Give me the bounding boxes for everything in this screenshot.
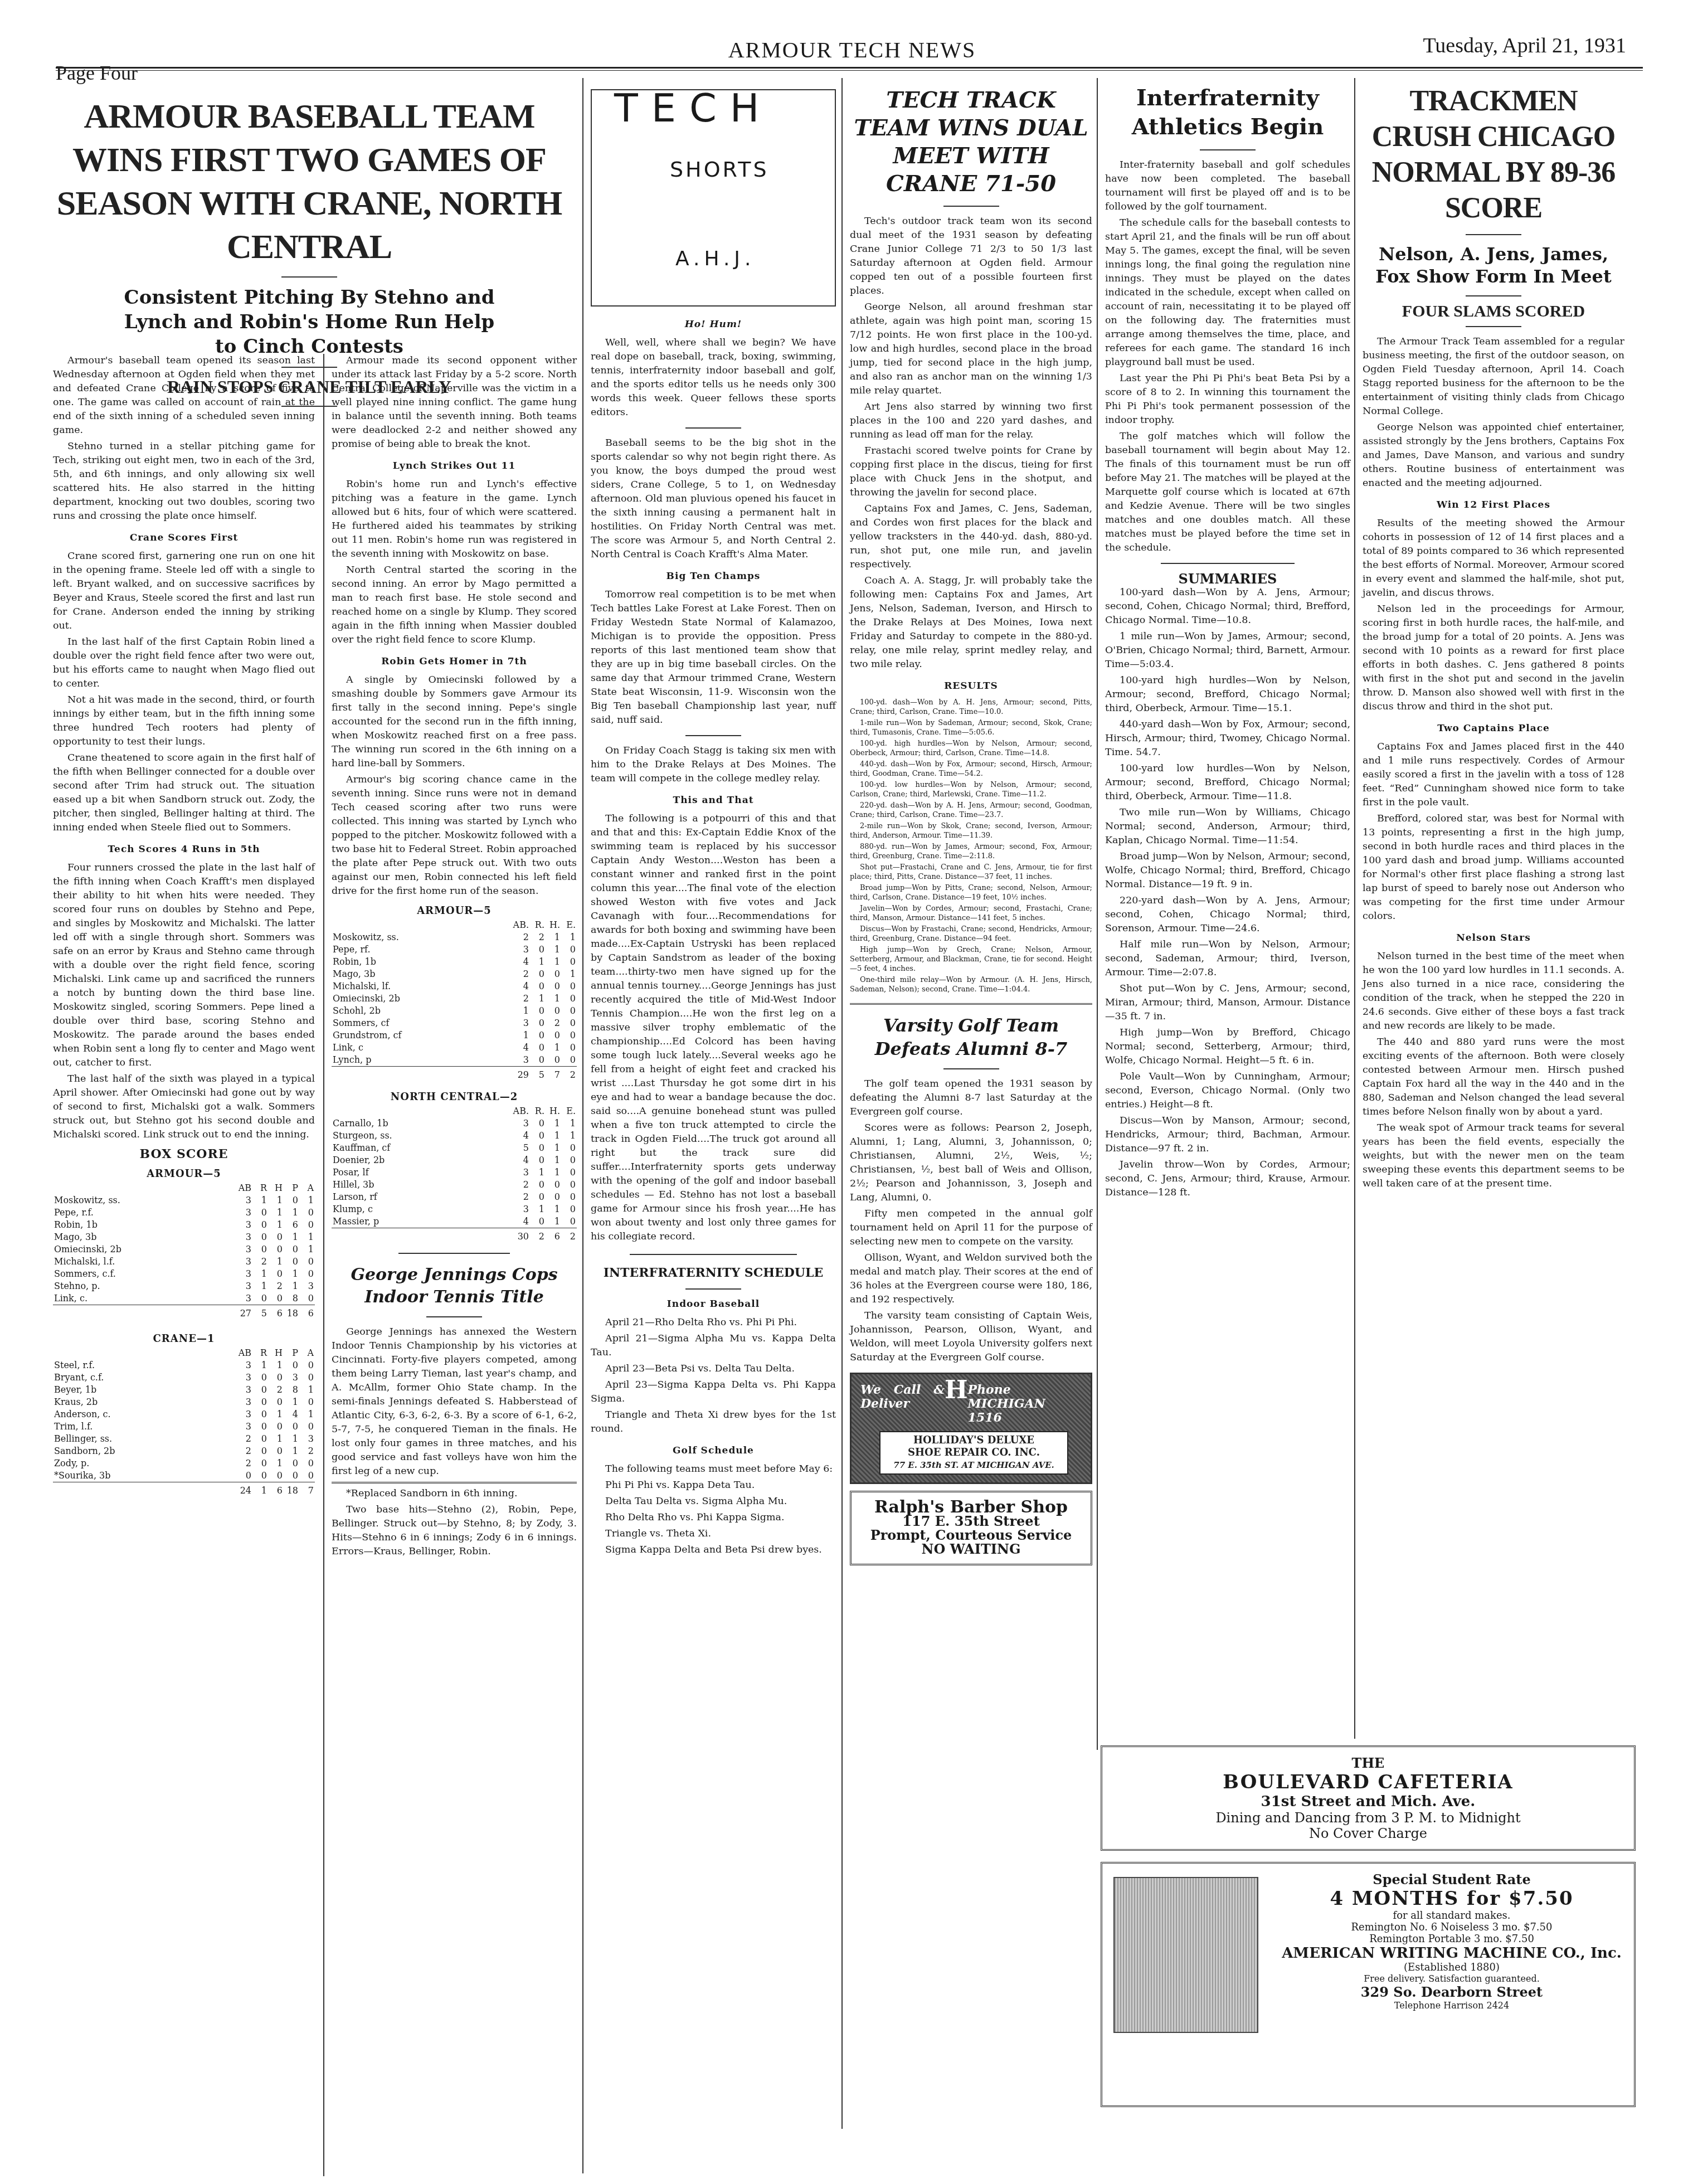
table-row: Zody, p.20100: [53, 1457, 315, 1470]
paragraph: In the last half of the first Captain Ro…: [53, 635, 315, 691]
player-name: Klump, c: [332, 1203, 512, 1215]
total: 2: [561, 1228, 577, 1243]
paragraph: The varsity team consisting of Captain W…: [850, 1309, 1092, 1365]
stat-value: 0: [268, 1268, 284, 1280]
box-score-title: BOX SCORE: [53, 1147, 315, 1161]
total: 7: [299, 1482, 315, 1497]
ad-line: Remington Portable 3 mo. $7.50: [1275, 1933, 1628, 1945]
stat-value: 3: [237, 1408, 252, 1421]
table-row: Anderson, c.30141: [53, 1408, 315, 1421]
stat-value: 0: [546, 1191, 561, 1203]
stat-value: 0: [561, 1215, 577, 1228]
ad-line: 77 E. 35th ST. AT MICHIGAN AVE.: [883, 1459, 1065, 1471]
stat-value: 0: [237, 1470, 252, 1482]
box-header-row: AB R H P A: [53, 1182, 315, 1194]
subhead-win-12: Win 12 First Places: [1363, 498, 1624, 512]
track-crane-column: TECH TRACK TEAM WINS DUAL MEET WITH CRAN…: [850, 86, 1092, 1565]
result-item: 2-mile run—Won by Skok, Crane; second, I…: [850, 821, 1092, 840]
box-note: *Replaced Sandborn in 6th inning.: [332, 1487, 577, 1501]
stat-value: 0: [268, 1231, 284, 1243]
player-name: Anderson, c.: [53, 1408, 237, 1421]
divider: [1466, 295, 1521, 296]
table-row: Moskowitz, ss.31101: [53, 1194, 315, 1207]
stat-value: 1: [299, 1231, 315, 1243]
tech-shorts-column: TECH SHORTS A.H.J. Ho! Hum! Well, well, …: [591, 84, 836, 1559]
table-row: Stehno, p.31213: [53, 1280, 315, 1292]
stat-value: 2: [512, 1179, 530, 1191]
stat-value: 4: [512, 1130, 530, 1142]
stat-value: 0: [284, 1457, 299, 1470]
total: 24: [237, 1482, 252, 1497]
stat-value: 0: [284, 1256, 299, 1268]
summaries-title: SUMMARIES: [1105, 572, 1350, 586]
paragraph: Crane theatened to score again in the fi…: [53, 751, 315, 835]
player-name: Steel, r.f.: [53, 1359, 237, 1371]
cartoon-title: TECH: [614, 101, 773, 115]
box-totals-row: 24 1 6 18 7: [53, 1482, 315, 1497]
stat-value: 1: [268, 1359, 284, 1371]
stat-value: 1: [530, 1166, 546, 1179]
total: 6: [268, 1482, 284, 1497]
cartoon-subtitle: SHORTS: [670, 163, 769, 177]
player-name: Massier, p: [332, 1215, 512, 1228]
stat-value: 0: [561, 1179, 577, 1191]
player-name: Moskowitz, ss.: [53, 1194, 237, 1207]
column-rule: [323, 354, 324, 2176]
stat-value: 3: [237, 1231, 252, 1243]
stat-value: 3: [237, 1280, 252, 1292]
player-name: Robin, 1b: [53, 1219, 237, 1231]
subhead-indoor-baseball: Indoor Baseball: [591, 1297, 836, 1311]
stat-value: 2: [252, 1256, 268, 1268]
paragraph: Inter-fraternity baseball and golf sched…: [1105, 158, 1350, 214]
schedule-title: INTERFRATERNITY SCHEDULE: [591, 1265, 836, 1281]
player-name: *Sourika, 3b: [53, 1470, 237, 1482]
ad-line: Dining and Dancing from 3 P. M. to Midni…: [1108, 1810, 1628, 1826]
stat-value: 3: [237, 1194, 252, 1207]
paragraph: Not a hit was made in the second, third,…: [53, 693, 315, 749]
subhead-lynch: Lynch Strikes Out 11: [332, 459, 577, 473]
stat-value: 0: [268, 1371, 284, 1384]
stat-value: 3: [237, 1243, 252, 1256]
table-row: Posar, lf3110: [332, 1166, 577, 1179]
box-score-armour-nc-game: AB. R. H. E. Moskowitz, ss.2211Pepe, rf.…: [332, 919, 577, 1081]
total: 5: [530, 1067, 546, 1082]
divider: [630, 1254, 797, 1255]
stat-value: 0: [561, 1017, 577, 1029]
paragraph: Fifty men competed in the annual golf to…: [850, 1207, 1092, 1249]
player-name: Bryant, c.f.: [53, 1371, 237, 1384]
stat-value: 5: [512, 1142, 530, 1154]
result-item: High jump—Won by Grech, Crane; Nelson, A…: [850, 945, 1092, 974]
schedule-item: The following teams must meet before May…: [591, 1462, 836, 1476]
stat-value: 1: [268, 1433, 284, 1445]
player-name: Sandborn, 2b: [53, 1445, 237, 1457]
result-item: High jump—Won by Brefford, Chicago Norma…: [1105, 1026, 1350, 1068]
interfrat-column: Interfraternity Athletics Begin Inter-fr…: [1105, 84, 1350, 1202]
table-row: Pepe, rf.3010: [332, 943, 577, 956]
stat-value: 3: [512, 1203, 530, 1215]
stat-value: 1: [284, 1433, 299, 1445]
stat-value: 1: [284, 1396, 299, 1408]
stat-value: 1: [546, 1142, 561, 1154]
stat-value: 0: [530, 1154, 546, 1166]
stat-value: 1: [299, 1408, 315, 1421]
paragraph: Scores were as follows: Pearson 2, Josep…: [850, 1121, 1092, 1205]
total: 18: [284, 1482, 299, 1497]
stat-value: 1: [546, 993, 561, 1005]
stat-value: 0: [268, 1292, 284, 1305]
baseball-headline: ARMOUR BASEBALL TEAM WINS FIRST TWO GAME…: [45, 95, 574, 269]
stat-value: 1: [268, 1457, 284, 1470]
col-header: R.: [530, 919, 546, 931]
result-item: 220-yard dash—Won by A. Jens, Armour; se…: [1105, 894, 1350, 936]
player-name: Lynch, p: [332, 1054, 512, 1067]
stat-value: 1: [530, 956, 546, 968]
ad-line: 329 So. Dearborn Street: [1275, 1984, 1628, 2000]
stat-value: 1: [561, 931, 577, 943]
stat-value: 1: [561, 968, 577, 980]
table-row: Larson, rf2000: [332, 1191, 577, 1203]
result-item: Half mile run—Won by Nelson, Armour; sec…: [1105, 938, 1350, 980]
ad-line: Ralph's Barber Shop: [857, 1500, 1085, 1514]
table-row: Link, c.30080: [53, 1292, 315, 1305]
table-row: Robin, 1b30160: [53, 1219, 315, 1231]
table-row: Doenier, 2b4010: [332, 1154, 577, 1166]
stat-value: 3: [284, 1371, 299, 1384]
player-name: Omiecinski, 2b: [53, 1243, 237, 1256]
box-note: Two base hits—Stehno (2), Robin, Pepe, B…: [332, 1503, 577, 1559]
stat-value: 1: [252, 1268, 268, 1280]
divider: [943, 1068, 999, 1069]
stat-value: 1: [546, 943, 561, 956]
result-item: Shot put—Won by C. Jens, Armour; second,…: [1105, 982, 1350, 1024]
col-header: P: [284, 1347, 299, 1359]
player-name: Trim, l.f.: [53, 1421, 237, 1433]
stat-value: 2: [512, 993, 530, 1005]
table-row: Omiecinski, 2b30001: [53, 1243, 315, 1256]
stat-value: 0: [561, 943, 577, 956]
ad-line: Remington No. 6 Noiseless 3 mo. $7.50: [1275, 1922, 1628, 1933]
divider: [398, 1253, 510, 1254]
total: 6: [546, 1228, 561, 1243]
result-item: Discus—Won by Manson, Armour; second, He…: [1105, 1114, 1350, 1156]
paragraph: The Armour Track Team assembled for a re…: [1363, 335, 1624, 419]
masthead: Page Four ARMOUR TECH NEWS Tuesday, Apri…: [56, 33, 1648, 89]
stat-value: 1: [299, 1384, 315, 1396]
ad-line: 31st Street and Mich. Ave.: [1108, 1793, 1628, 1810]
player-name: Omiecinski, 2b: [332, 993, 512, 1005]
result-item: 1 mile run—Won by James, Armour; second,…: [1105, 630, 1350, 672]
result-item: Pole Vault—Won by Cunningham, Armour; se…: [1105, 1070, 1350, 1112]
stat-value: 2: [237, 1445, 252, 1457]
stat-value: 1: [546, 956, 561, 968]
schedule-item: April 23—Sigma Kappa Delta vs. Phi Kappa…: [591, 1378, 836, 1406]
stat-value: 0: [252, 1445, 268, 1457]
ad-line: AMERICAN WRITING MACHINE CO., Inc.: [1275, 1945, 1628, 1962]
paragraph: The last half of the sixth was played in…: [53, 1072, 315, 1142]
paragraph: Results of the meeting showed the Armour…: [1363, 517, 1624, 600]
ad-line: HOLLIDAY'S DELUXE: [883, 1434, 1065, 1447]
stat-value: 1: [299, 1194, 315, 1207]
schedule-item: Delta Tau Delta vs. Sigma Alpha Mu.: [591, 1495, 836, 1509]
box-score-north-central: AB. R. H. E. Carnallo, 1b3011Sturgeon, s…: [332, 1105, 577, 1243]
stat-value: 3: [512, 1054, 530, 1067]
paragraph: Four runners crossed the plate in the la…: [53, 861, 315, 1070]
paragraph: Tomorrow real competition is to be met w…: [591, 588, 836, 727]
stat-value: 3: [237, 1396, 252, 1408]
typewriter-illustration-icon: [1113, 1877, 1258, 2033]
table-row: Mago, 3b30011: [53, 1231, 315, 1243]
stat-value: 1: [252, 1280, 268, 1292]
column-rule: [582, 78, 583, 2173]
stat-value: 0: [252, 1421, 268, 1433]
stat-value: 0: [299, 1470, 315, 1482]
stat-value: 0: [284, 1194, 299, 1207]
table-row: Michalski, lf.4000: [332, 980, 577, 993]
stat-value: 0: [546, 1179, 561, 1191]
stat-value: 0: [252, 1243, 268, 1256]
table-row: Michalski, l.f.32100: [53, 1256, 315, 1268]
player-name: Mago, 3b: [332, 968, 512, 980]
table-row: Sommers, c.f.31010: [53, 1268, 315, 1280]
col-header: A: [299, 1347, 315, 1359]
stat-value: 0: [530, 1005, 546, 1017]
player-name: Kraus, 2b: [53, 1396, 237, 1408]
stat-value: 0: [561, 1191, 577, 1203]
stat-value: 6: [284, 1219, 299, 1231]
player-name: Moskowitz, ss.: [332, 931, 512, 943]
stat-value: 0: [252, 1207, 268, 1219]
divider: [685, 427, 741, 429]
stat-value: 0: [530, 1029, 546, 1042]
schedule-item: Triangle and Theta Xi drew byes for the …: [591, 1408, 836, 1436]
paragraph: The following is a potpourri of this and…: [591, 812, 836, 1244]
stat-value: 0: [299, 1207, 315, 1219]
total: 2: [530, 1228, 546, 1243]
paragraph: Nelson led in the proceedings for Armour…: [1363, 602, 1624, 714]
stat-value: 0: [299, 1359, 315, 1371]
stat-value: 0: [252, 1396, 268, 1408]
stat-value: 0: [530, 980, 546, 993]
paragraph: Crane scored first, garnering one run on…: [53, 549, 315, 633]
paragraph: Brefford, colored star, was best for Nor…: [1363, 812, 1624, 923]
ad-phone: Phone MICHIGAN 1516: [968, 1383, 1082, 1425]
player-name: Schohl, 2b: [332, 1005, 512, 1017]
result-item: 100-yd. low hurdles—Won by Nelson, Armou…: [850, 780, 1092, 799]
stat-value: 1: [512, 1029, 530, 1042]
total: 6: [299, 1305, 315, 1320]
player-name: Carnallo, 1b: [332, 1117, 512, 1130]
player-name: Michalski, l.f.: [53, 1256, 237, 1268]
col-header: H.: [546, 919, 561, 931]
stat-value: 0: [252, 1384, 268, 1396]
ad-line: BOULEVARD CAFETERIA: [1108, 1771, 1628, 1793]
box-crane-title: CRANE—1: [53, 1332, 315, 1346]
ad-line: Prompt, Courteous Service: [857, 1528, 1085, 1542]
stat-value: 0: [561, 1054, 577, 1067]
stat-value: 2: [237, 1457, 252, 1470]
ad-line: THE: [1108, 1755, 1628, 1771]
column-rule: [1354, 78, 1355, 1739]
paragraph: Armour made its second opponent wither u…: [332, 354, 577, 451]
stat-value: 1: [284, 1231, 299, 1243]
total: 5: [252, 1305, 268, 1320]
player-name: Stehno, p.: [53, 1280, 237, 1292]
stat-value: 0: [546, 980, 561, 993]
paragraph: The 440 and 880 yard runs were the most …: [1363, 1035, 1624, 1119]
schedule-item: Rho Delta Rho vs. Phi Kappa Sigma.: [591, 1511, 836, 1525]
divider: [685, 735, 741, 736]
col-header: AB: [237, 1182, 252, 1194]
stat-value: 1: [561, 1117, 577, 1130]
stat-value: 1: [268, 1194, 284, 1207]
result-item: Discus—Won by Frastachi, Crane; second, …: [850, 925, 1092, 943]
ad-line: Telephone Harrison 2424: [1275, 2000, 1628, 2011]
stat-value: 3: [512, 943, 530, 956]
box-score-armour-crane-game: AB R H P A Moskowitz, ss.31101Pepe, r.f.…: [53, 1182, 315, 1320]
result-item: Javelin throw—Won by Cordes, Armour; sec…: [1105, 1158, 1350, 1200]
paragraph: George Nelson, all around freshman star …: [850, 300, 1092, 398]
player-name: Pepe, r.f.: [53, 1207, 237, 1219]
schedule-item: Triangle vs. Theta Xi.: [591, 1527, 836, 1541]
boulevard-cafeteria-ad: THE BOULEVARD CAFETERIA 31st Street and …: [1101, 1745, 1636, 1851]
paragraph: Armour's baseball team opened its season…: [53, 354, 315, 437]
player-name: Bellinger, ss.: [53, 1433, 237, 1445]
stat-value: 0: [252, 1371, 268, 1384]
stat-value: 4: [512, 1154, 530, 1166]
player-name: Posar, lf: [332, 1166, 512, 1179]
result-item: 100-yd. dash—Won by A. H. Jens, Armour; …: [850, 698, 1092, 717]
stat-value: 0: [561, 1166, 577, 1179]
total: 2: [561, 1067, 577, 1082]
stat-value: 0: [299, 1256, 315, 1268]
divider: [1200, 149, 1256, 150]
box-score-crane: AB R H P A Steel, r.f.31100Bryant, c.f.3…: [53, 1347, 315, 1497]
box-armour-title: ARMOUR—5: [53, 1167, 315, 1181]
paragraph: Armour's big scoring chance came in the …: [332, 773, 577, 898]
stat-value: 1: [512, 1005, 530, 1017]
player-name: Zody, p.: [53, 1457, 237, 1470]
table-row: Lynch, p3000: [332, 1054, 577, 1067]
stat-value: 0: [252, 1470, 268, 1482]
result-item: Broad jump—Won by Nelson, Armour; second…: [1105, 850, 1350, 892]
stat-value: 0: [546, 1029, 561, 1042]
stat-value: 0: [252, 1433, 268, 1445]
stat-value: 4: [284, 1408, 299, 1421]
paragraph: Frastachi scored twelve points for Crane…: [850, 444, 1092, 500]
player-name: Kauffman, cf: [332, 1142, 512, 1154]
paragraph: The weak spot of Armour track teams for …: [1363, 1121, 1624, 1191]
result-item: 1-mile run—Won by Sademan, Armour; secon…: [850, 718, 1092, 737]
interfrat-headline: Interfraternity Athletics Begin: [1105, 84, 1350, 142]
table-row: Hillel, 3b2000: [332, 1179, 577, 1191]
table-row: Kraus, 2b30010: [53, 1396, 315, 1408]
player-name: Sommers, c.f.: [53, 1268, 237, 1280]
stat-value: 0: [530, 1142, 546, 1154]
ad-line: for all standard makes.: [1275, 1910, 1628, 1922]
paragraph: Well, well, where shall we begin? We hav…: [591, 336, 836, 420]
paragraph: A single by Omiecinski followed by a sma…: [332, 673, 577, 771]
stat-value: 4: [512, 980, 530, 993]
stat-value: 0: [299, 1421, 315, 1433]
trackmen-deck: Nelson, A. Jens, James, Fox Show Form In…: [1363, 243, 1624, 288]
stat-value: 3: [512, 1117, 530, 1130]
stat-value: 4: [512, 956, 530, 968]
paragraph: Nelson turned in the best time of the me…: [1363, 950, 1624, 1033]
paragraph: Last year the Phi Pi Phi's beat Beta Psi…: [1105, 372, 1350, 427]
stat-value: 3: [237, 1207, 252, 1219]
table-row: Sturgeon, ss.4011: [332, 1130, 577, 1142]
total: 1: [252, 1482, 268, 1497]
stat-value: 0: [284, 1359, 299, 1371]
box-header-row: AB R H P A: [53, 1347, 315, 1359]
table-row: Massier, p4010: [332, 1215, 577, 1228]
stat-value: 2: [530, 931, 546, 943]
table-row: Moskowitz, ss.2211: [332, 931, 577, 943]
stat-value: 0: [530, 1215, 546, 1228]
total: 30: [512, 1228, 530, 1243]
stat-value: 1: [546, 931, 561, 943]
stat-value: 2: [268, 1384, 284, 1396]
paragraph: George Nelson was appointed chief entert…: [1363, 421, 1624, 490]
schedule-item: April 21—Rho Delta Rho vs. Phi Pi Phi.: [591, 1316, 836, 1330]
box-header-row: AB. R. H. E.: [332, 919, 577, 931]
result-item: 440-yd. dash—Won by Fox, Armour; second,…: [850, 760, 1092, 779]
stat-value: 3: [237, 1359, 252, 1371]
stat-value: 0: [268, 1470, 284, 1482]
subhead-crane-scores-first: Crane Scores First: [53, 531, 315, 545]
golf-headline: Varsity Golf Team Defeats Alumni 8-7: [850, 1014, 1092, 1061]
col-header: R: [252, 1347, 268, 1359]
holliday-shoe-repair-ad: We Call & Deliver H Phone MICHIGAN 1516 …: [850, 1373, 1092, 1484]
col-header: H: [268, 1347, 284, 1359]
baseball-deck: Consistent Pitching By Stehno and Lynch …: [45, 285, 574, 359]
stat-value: 0: [252, 1292, 268, 1305]
stat-value: 1: [284, 1268, 299, 1280]
result-item: Shot put—Frastachi, Crane and C. Jens, A…: [850, 863, 1092, 882]
paragraph: Art Jens also starred by winning two fir…: [850, 400, 1092, 442]
table-row: Grundstrom, cf1000: [332, 1029, 577, 1042]
paragraph: On Friday Coach Stagg is taking six men …: [591, 744, 836, 786]
player-name: Beyer, 1b: [53, 1384, 237, 1396]
track-crane-headline: TECH TRACK TEAM WINS DUAL MEET WITH CRAN…: [850, 86, 1092, 198]
subhead-ho-hum: Ho! Hum!: [591, 318, 836, 332]
paragraph: The golf matches which will follow the b…: [1105, 430, 1350, 555]
paragraph: George Jennings has annexed the Western …: [332, 1325, 577, 1478]
paragraph: North Central started the scoring in the…: [332, 563, 577, 647]
cartoon-initials: A.H.J.: [675, 252, 755, 266]
stat-value: 0: [530, 1042, 546, 1054]
schedule-item: April 23—Beta Psi vs. Delta Tau Delta.: [591, 1362, 836, 1376]
stat-value: 0: [268, 1445, 284, 1457]
table-row: Bryant, c.f.30030: [53, 1371, 315, 1384]
result-item: 100-yard high hurdles—Won by Nelson, Arm…: [1105, 674, 1350, 716]
stat-value: 0: [252, 1231, 268, 1243]
stat-value: 0: [299, 1371, 315, 1384]
table-row: Steel, r.f.31100: [53, 1359, 315, 1371]
paragraph: Baseball seems to be the big shot in the…: [591, 436, 836, 562]
ad-line: NO WAITING: [857, 1542, 1085, 1556]
subhead-nelson-stars: Nelson Stars: [1363, 931, 1624, 945]
stat-value: 0: [530, 1179, 546, 1191]
total: 18: [284, 1305, 299, 1320]
paragraph: Captains Fox and James placed first in t…: [1363, 740, 1624, 810]
player-name: Grundstrom, cf: [332, 1029, 512, 1042]
stat-value: 1: [546, 1203, 561, 1215]
divider: [1466, 326, 1521, 327]
player-name: Robin, 1b: [332, 956, 512, 968]
